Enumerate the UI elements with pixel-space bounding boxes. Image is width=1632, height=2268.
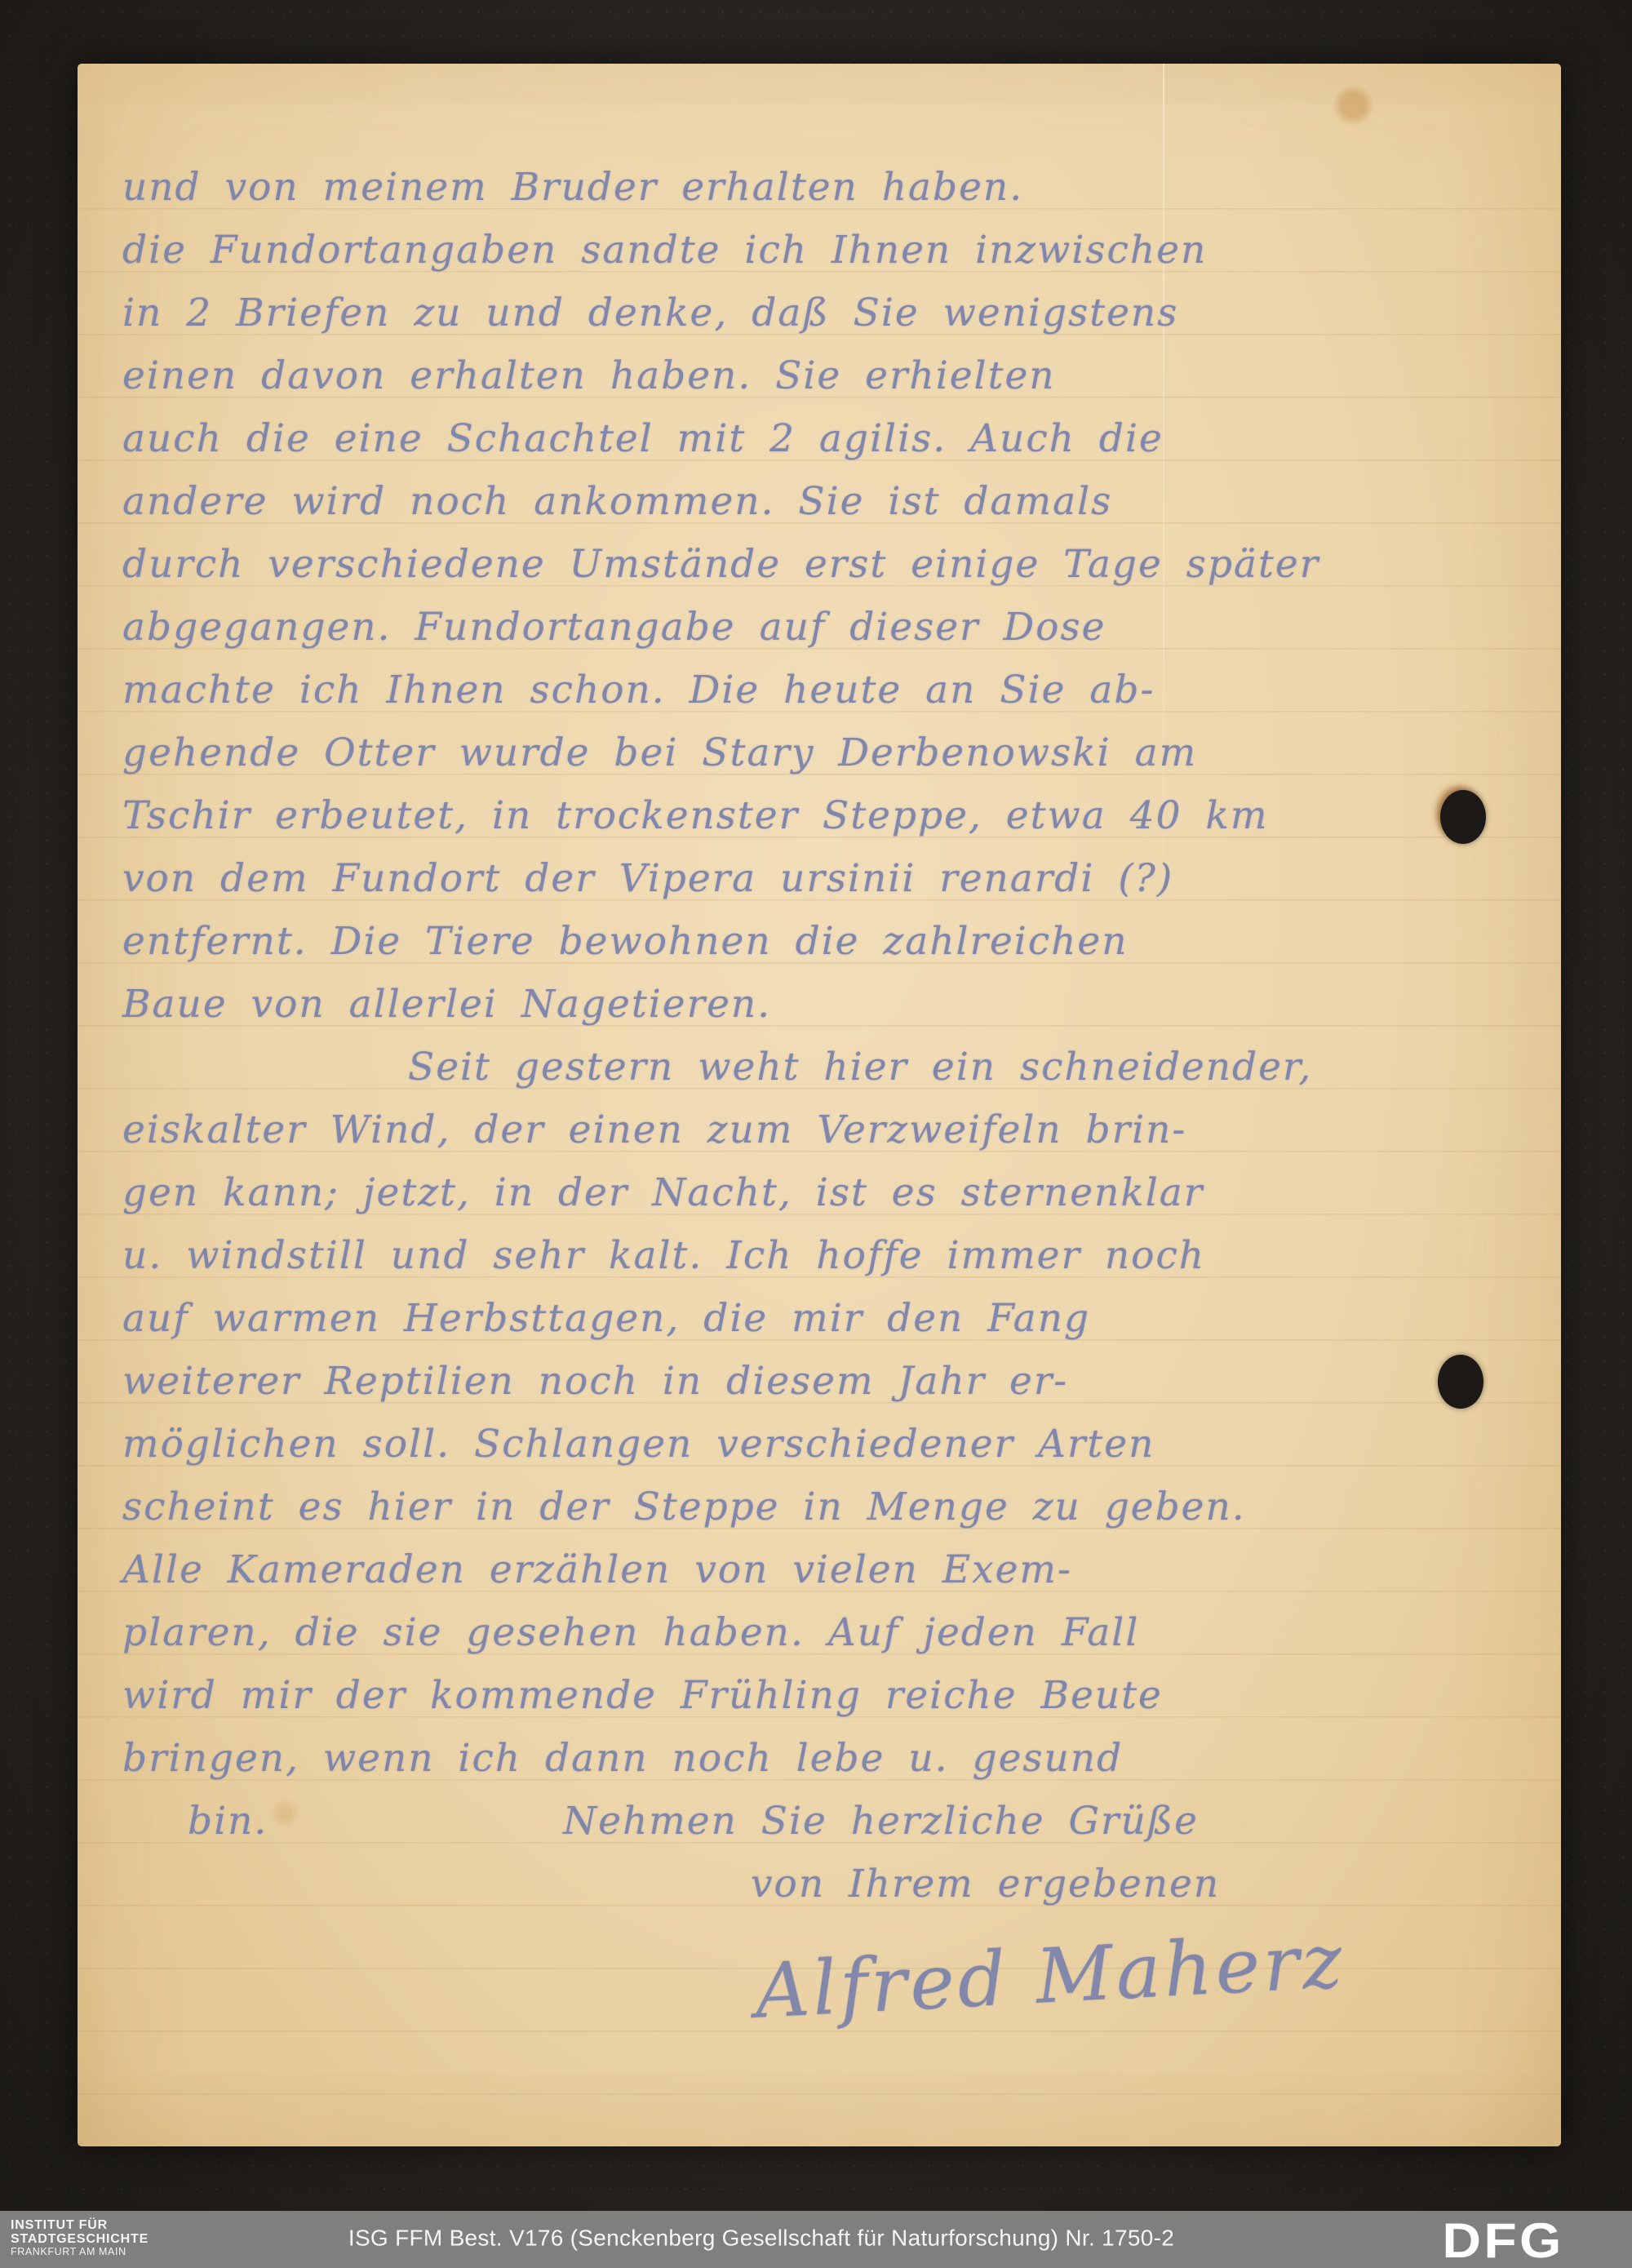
- handwritten-line: machte ich Ihnen schon. Die heute an Sie…: [122, 659, 1545, 721]
- handwritten-line: einen davon erhalten haben. Sie erhielte…: [122, 344, 1545, 407]
- handwritten-line: entfernt. Die Tiere bewohnen die zahlrei…: [122, 910, 1545, 973]
- signature: Alfred Maherz: [753, 1917, 1347, 2035]
- handwritten-line: weiterer Reptilien noch in diesem Jahr e…: [122, 1350, 1545, 1413]
- handwritten-line: scheint es hier in der Steppe in Menge z…: [122, 1476, 1545, 1538]
- handwritten-line: Tschir erbeutet, in trockenster Steppe, …: [122, 784, 1545, 847]
- handwritten-line: die Fundortangaben sandte ich Ihnen inzw…: [122, 219, 1545, 282]
- handwritten-line: Alle Kameraden erzählen von vielen Exem-: [122, 1538, 1545, 1601]
- caption-bar: INSTITUT FÜR STADTGESCHICHTE FRANKFURT A…: [0, 2211, 1632, 2268]
- handwritten-line: gehende Otter wurde bei Stary Derbenowsk…: [122, 721, 1545, 784]
- handwritten-line: bringen, wenn ich dann noch lebe u. gesu…: [122, 1727, 1545, 1790]
- handwritten-line: auch die eine Schachtel mit 2 agilis. Au…: [122, 407, 1545, 470]
- handwritten-line: andere wird noch ankommen. Sie ist damal…: [122, 470, 1545, 533]
- scan-background: und von meinem Bruder erhalten haben. di…: [0, 0, 1632, 2268]
- handwritten-line: u. windstill und sehr kalt. Ich hoffe im…: [122, 1224, 1545, 1287]
- handwritten-line: plaren, die sie gesehen haben. Auf jeden…: [122, 1601, 1545, 1664]
- handwritten-line: eiskalter Wind, der einen zum Verzweifel…: [122, 1098, 1545, 1161]
- handwritten-text: und von meinem Bruder erhalten haben. di…: [122, 156, 1545, 1915]
- handwritten-line: abgegangen. Fundortangabe auf dieser Dos…: [122, 596, 1545, 659]
- punch-hole: [1438, 1355, 1483, 1409]
- handwritten-line: und von meinem Bruder erhalten haben.: [122, 156, 1545, 219]
- handwritten-line: möglichen soll. Schlangen verschiedener …: [122, 1413, 1545, 1476]
- handwritten-line: von dem Fundort der Vipera ursinii renar…: [122, 847, 1545, 910]
- institute-logo-line: INSTITUT FÜR: [11, 2218, 149, 2232]
- closing-line: bin. Nehmen Sie herzliche Grüße: [122, 1790, 1545, 1853]
- closing-from-line: von Ihrem ergebenen: [122, 1853, 1545, 1915]
- institute-logo: INSTITUT FÜR STADTGESCHICHTE FRANKFURT A…: [11, 2218, 149, 2258]
- archive-caption: ISG FFM Best. V176 (Senckenberg Gesellsc…: [348, 2226, 1174, 2252]
- closing-salutation: Nehmen Sie herzliche Grüße: [563, 1790, 1199, 1853]
- closing-last-word: bin.: [188, 1790, 268, 1853]
- dfg-logo: DFG: [1443, 2213, 1564, 2268]
- institute-logo-line: FRANKFURT AM MAIN: [11, 2246, 149, 2258]
- handwritten-line: in 2 Briefen zu und denke, daß Sie wenig…: [122, 282, 1545, 344]
- punch-hole: [1440, 790, 1486, 844]
- handwritten-line: wird mir der kommende Frühling reiche Be…: [122, 1664, 1545, 1727]
- handwritten-line: auf warmen Herbsttagen, die mir den Fang: [122, 1287, 1545, 1350]
- handwritten-line: Baue von allerlei Nagetieren.: [122, 973, 1545, 1036]
- closing-from-text: von Ihrem ergebenen: [751, 1853, 1220, 1915]
- institute-logo-line: STADTGESCHICHTE: [11, 2232, 149, 2246]
- handwritten-line-paragraph-start: Seit gestern weht hier ein schneidender,: [122, 1036, 1545, 1098]
- letter-page: und von meinem Bruder erhalten haben. di…: [78, 64, 1561, 2146]
- handwritten-line: gen kann; jetzt, in der Nacht, ist es st…: [122, 1161, 1545, 1224]
- handwritten-line: durch verschiedene Umstände erst einige …: [122, 533, 1545, 596]
